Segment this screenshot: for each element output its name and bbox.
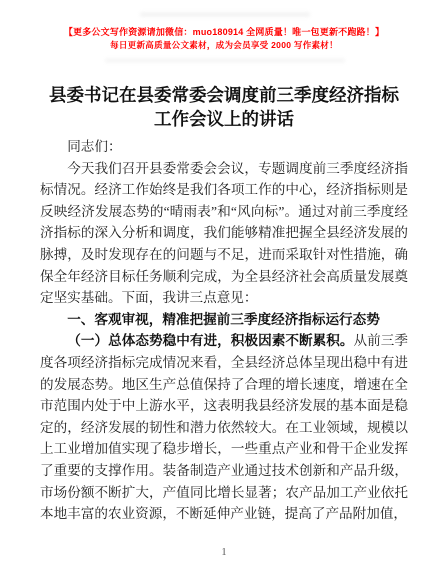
- subsection-1-text: 从前三季度各项经济指标完成情况来看，全县经济总体呈现出稳中有进的发展态势。地区生…: [40, 333, 408, 521]
- document-page: 【更多公文写作资源请加微信：muo180914 全网质量！唯一包更新不跑路！】 …: [0, 0, 448, 580]
- section-1-heading: 一、客观审视，精准把握前三季度经济指标运行态势: [40, 309, 408, 331]
- page-number: 1: [0, 547, 448, 558]
- faded-watermark-bottom: [105, 58, 345, 63]
- promo-header: 【更多公文写作资源请加微信：muo180914 全网质量！唯一包更新不跑路！】 …: [0, 25, 448, 52]
- promo-header-line2: 每日更新高质量公文素材，成为会员享受 2000 写作素材！: [0, 39, 448, 52]
- salutation: 同志们：: [40, 136, 408, 158]
- promo-header-line1: 【更多公文写作资源请加微信：muo180914 全网质量！唯一包更新不跑路！】: [0, 25, 448, 39]
- document-title-line1: 县委书记在县委常委会调度前三季度经济指标: [20, 84, 428, 108]
- intro-paragraph: 今天我们召开县委常委会会议，专题调度前三季度经济指标情况。经济工作始终是我们各项…: [40, 158, 408, 309]
- subsection-1-lead: （一）总体态势稳中有进，积极因素不断累积。: [67, 333, 353, 348]
- faded-watermark-top: [140, 12, 310, 17]
- document-title-line2: 工作会议上的讲话: [20, 108, 428, 132]
- subsection-1-paragraph: （一）总体态势稳中有进，积极因素不断累积。从前三季度各项经济指标完成情况来看，全…: [40, 330, 408, 524]
- document-title: 县委书记在县委常委会调度前三季度经济指标 工作会议上的讲话: [20, 84, 428, 131]
- document-body: 同志们： 今天我们召开县委常委会会议，专题调度前三季度经济指标情况。经济工作始终…: [40, 136, 408, 525]
